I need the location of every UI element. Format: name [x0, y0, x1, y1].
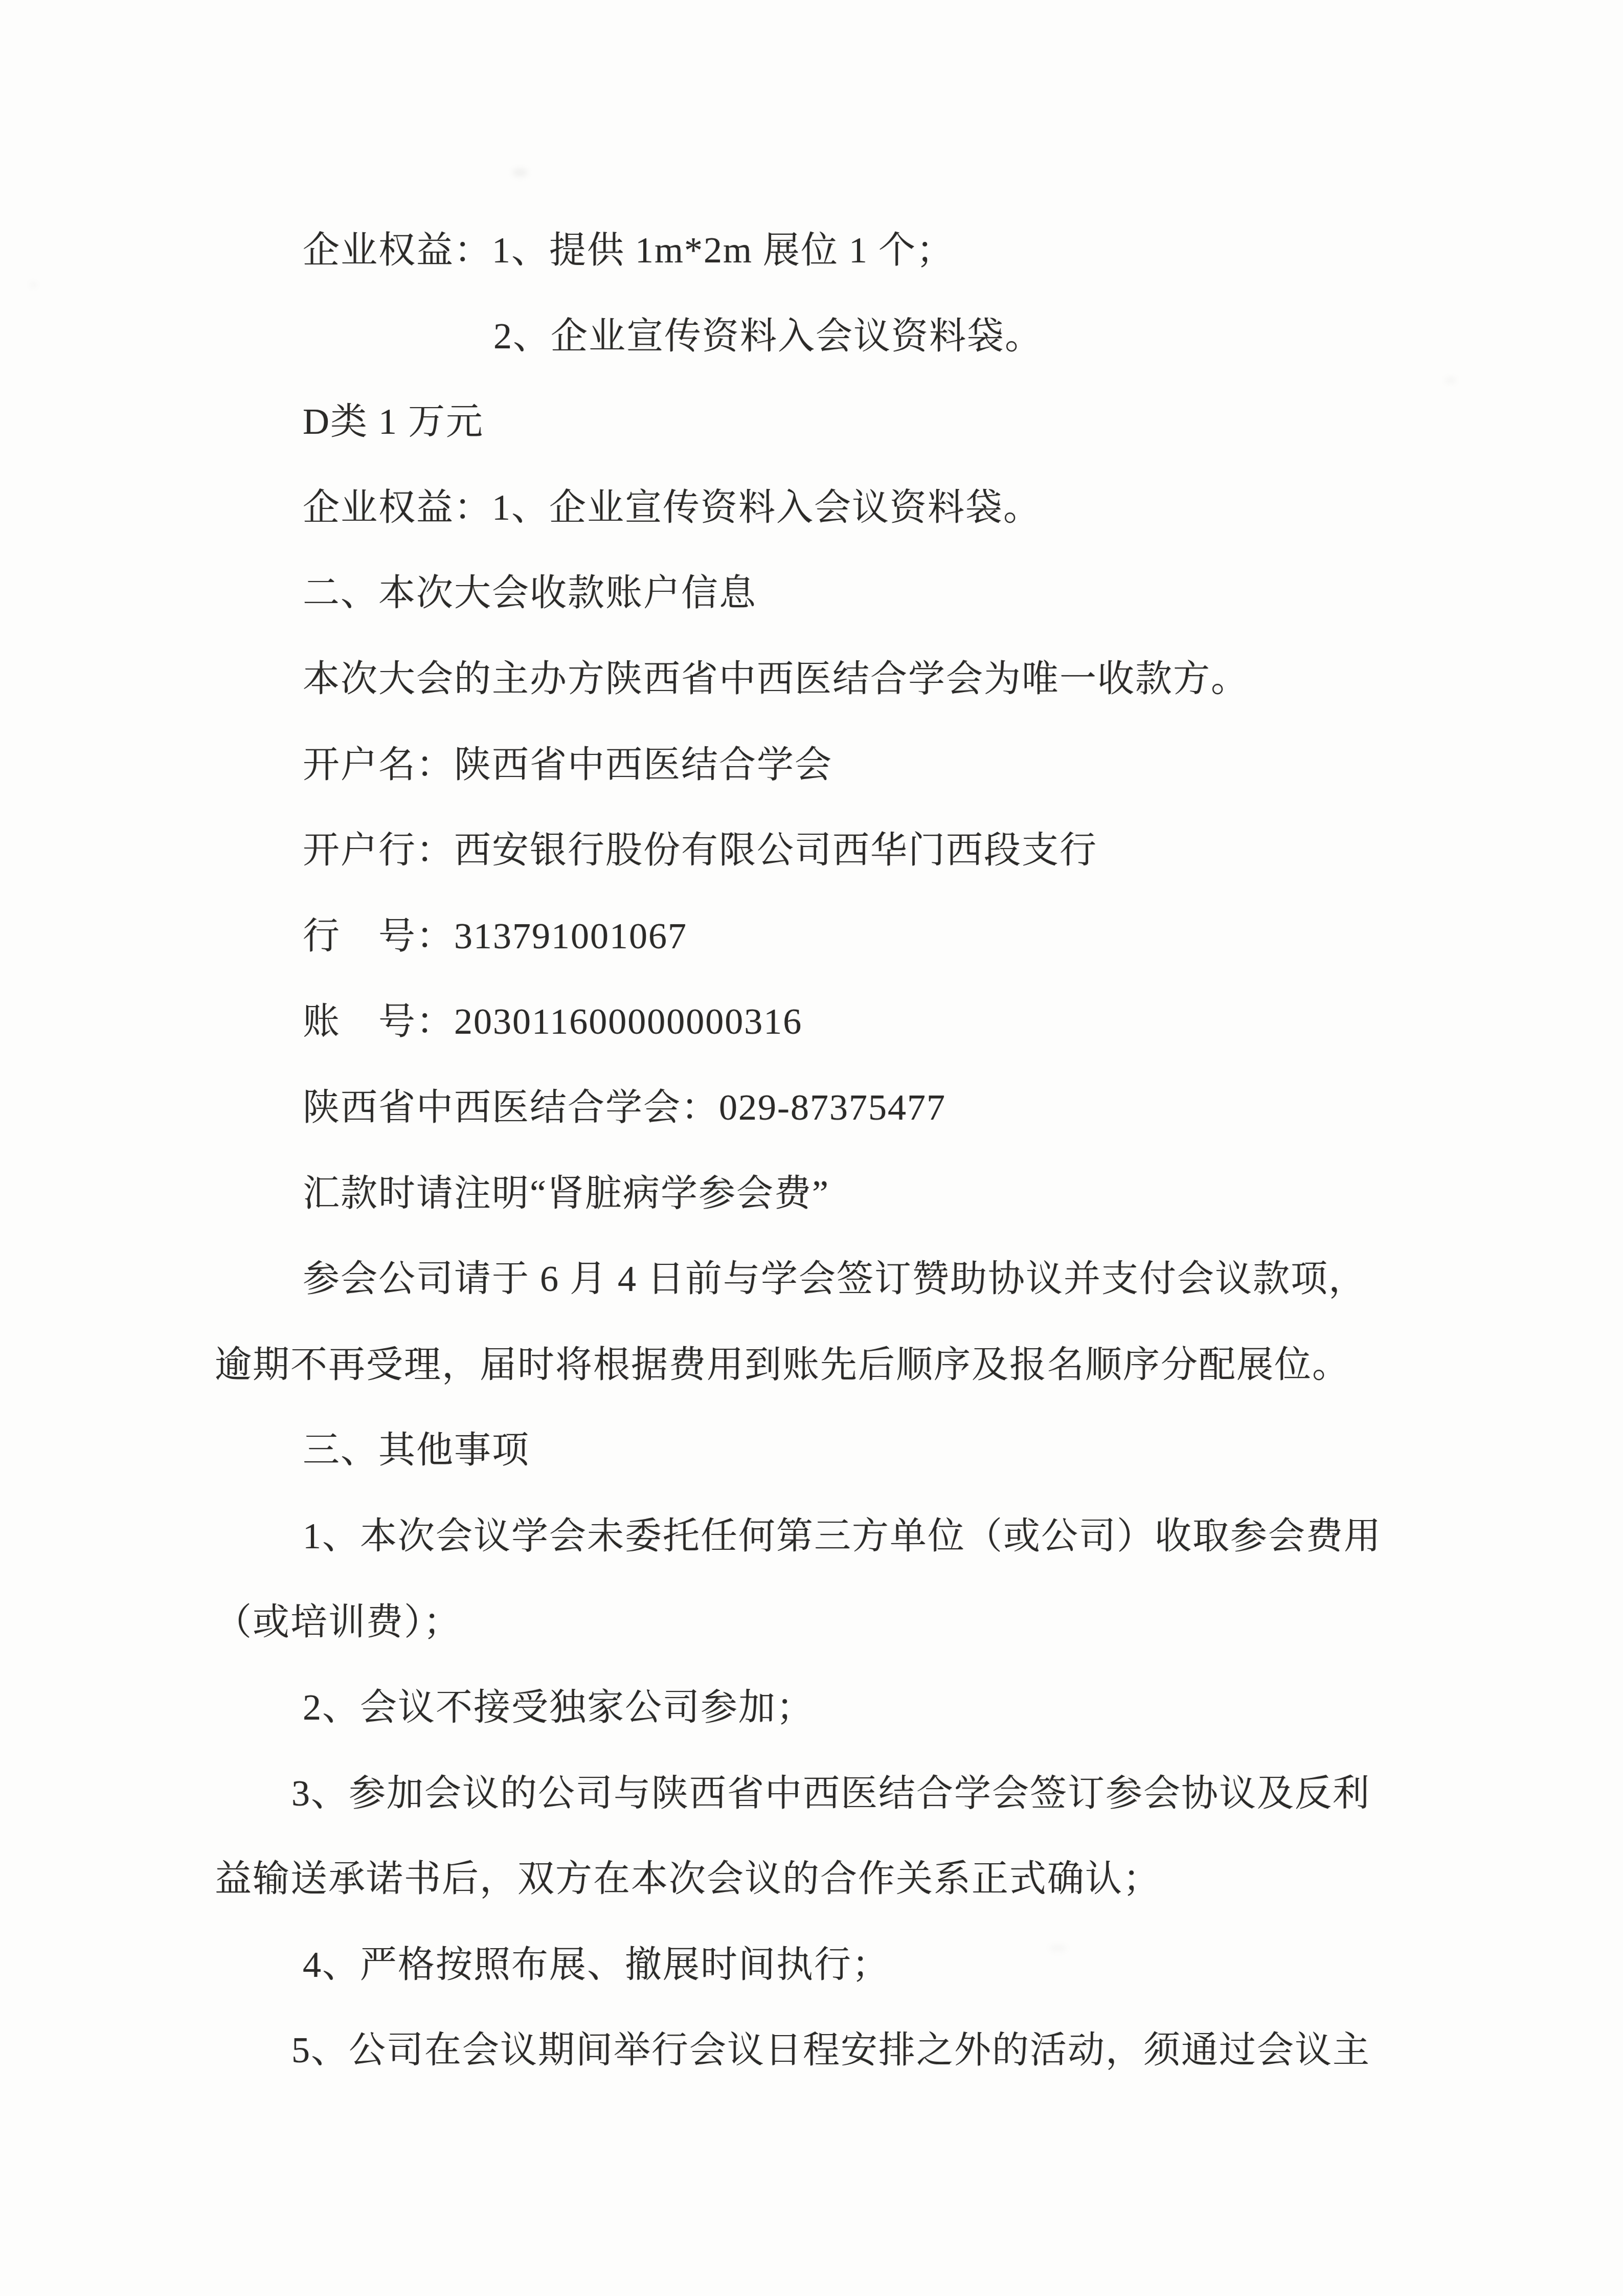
line-other-item-1a: 1、本次会议学会未委托任何第三方单位（或公司）收取参会费用: [215, 1493, 1452, 1579]
document-body: 企业权益：1、提供 1m*2m 展位 1 个； 2、企业宣传资料入会议资料袋。 …: [215, 208, 1452, 2093]
document-page: 企业权益：1、提供 1m*2m 展位 1 个； 2、企业宣传资料入会议资料袋。 …: [0, 0, 1623, 2296]
line-c-tier-benefit-1: 企业权益：1、提供 1m*2m 展位 1 个；: [215, 208, 1452, 294]
line-section-2-heading: 二、本次大会收款账户信息: [215, 550, 1452, 636]
line-other-item-5: 5、公司在会议期间举行会议日程安排之外的活动，须通过会议主: [215, 2008, 1452, 2093]
line-bank-branch: 开户行：西安银行股份有限公司西华门西段支行: [215, 808, 1452, 894]
line-d-tier-price: D类 1 万元: [215, 379, 1452, 465]
line-sole-payee: 本次大会的主办方陕西省中西医结合学会为唯一收款方。: [215, 636, 1452, 722]
line-other-item-4: 4、严格按照布展、撤展时间执行；: [215, 1922, 1452, 2008]
line-deadline-para-1: 参会公司请于 6 月 4 日前与学会签订赞助协议并支付会议款项，: [215, 1236, 1452, 1322]
line-c-tier-benefit-2: 2、企业宣传资料入会议资料袋。: [215, 294, 1452, 380]
line-other-item-3b: 益输送承诺书后，双方在本次会议的合作关系正式确认；: [215, 1836, 1452, 1922]
line-account-holder-name: 开户名：陕西省中西医结合学会: [215, 722, 1452, 808]
line-bank-number: 行 号：313791001067: [215, 894, 1452, 979]
line-contact-phone: 陕西省中西医结合学会：029-87375477: [215, 1065, 1452, 1151]
line-d-tier-benefit-1: 企业权益：1、企业宣传资料入会议资料袋。: [215, 465, 1452, 551]
line-remittance-note: 汇款时请注明“肾脏病学参会费”: [215, 1151, 1452, 1237]
scan-smudge: [512, 169, 528, 176]
line-section-3-heading: 三、其他事项: [215, 1408, 1452, 1493]
line-other-item-3a: 3、参加会议的公司与陕西省中西医结合学会签订参会协议及反利: [215, 1751, 1452, 1837]
line-deadline-para-2: 逾期不再受理，届时将根据费用到账先后顺序及报名顺序分配展位。: [215, 1322, 1452, 1408]
scan-smudge: [30, 282, 37, 287]
line-account-number: 账 号：203011600000000316: [215, 979, 1452, 1065]
line-other-item-1b: （或培训费）；: [215, 1579, 1452, 1665]
line-other-item-2: 2、会议不接受独家公司参加；: [215, 1665, 1452, 1751]
